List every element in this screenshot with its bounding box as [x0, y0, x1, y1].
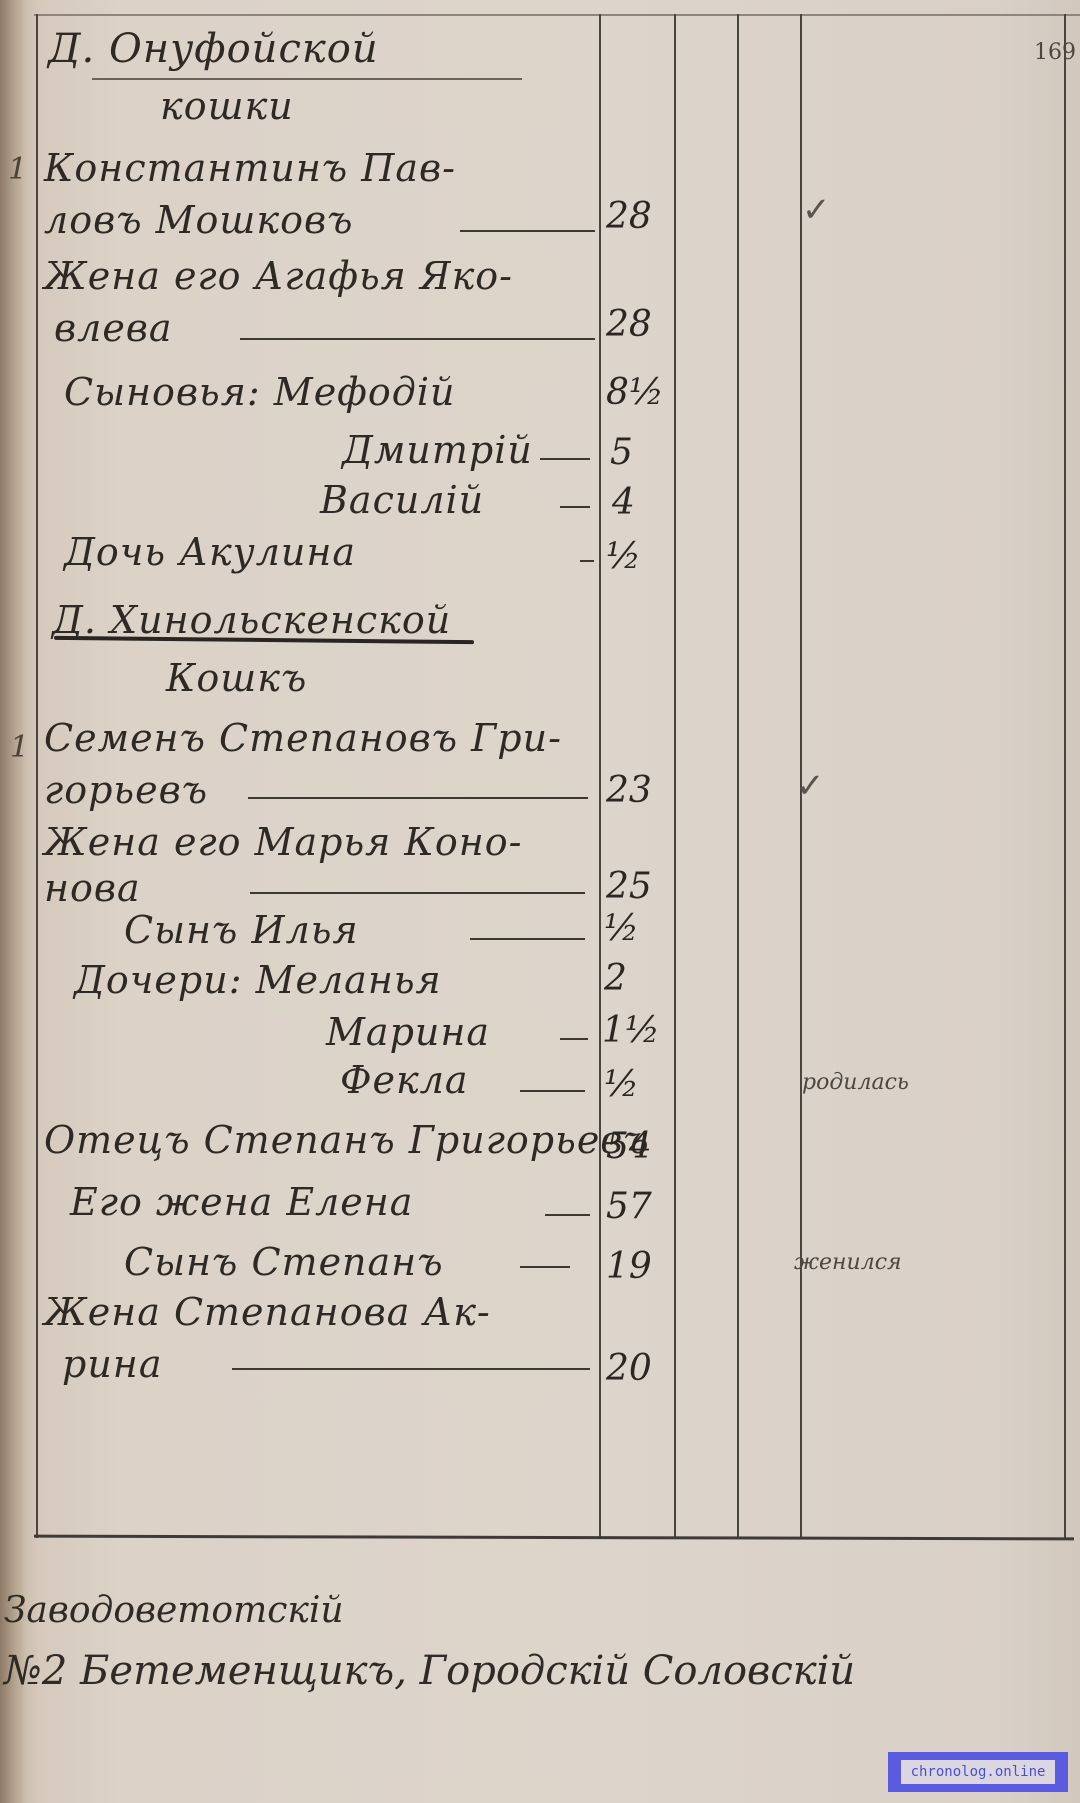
age-value: 25	[606, 866, 652, 907]
entry-name: Его жена Елена	[70, 1180, 413, 1224]
leader-dash	[520, 1090, 585, 1092]
village-subheading: Кошкъ	[166, 656, 307, 700]
book-spine-shadow	[0, 0, 26, 1803]
entry-name: Жена Степанова Ак-	[44, 1290, 491, 1334]
check-mark: ✓	[796, 766, 825, 806]
footer-signature: №2 Бетеменщикъ, Городскій Соловскій	[4, 1648, 855, 1694]
entry-name: Жена его Марья Коно-	[44, 820, 522, 864]
village-heading: Д. Онуфойской	[48, 26, 379, 72]
entry-name-cont: горьевъ	[44, 768, 208, 812]
age-value: ½	[604, 1064, 639, 1105]
entry-name: Дочери: Меланья	[74, 958, 442, 1002]
age-value: 57	[606, 1186, 652, 1227]
entry-name: Фекла	[340, 1058, 469, 1102]
village-subheading: кошки	[160, 84, 294, 128]
margin-note: родилась	[802, 1070, 909, 1095]
age-value: 5	[610, 432, 633, 473]
entry-name-cont: ловъ Мошковъ	[44, 198, 353, 242]
entry-name: Сынъ Степанъ	[124, 1240, 444, 1284]
age-value: ½	[604, 908, 639, 949]
age-value: ½	[606, 536, 641, 577]
entry-name: Семенъ Степановъ Гри-	[44, 716, 562, 760]
entry-name: Сыновья: Мефодій	[64, 370, 456, 414]
entry-name: Василій	[320, 478, 484, 522]
entry-name: Марина	[326, 1010, 490, 1054]
heading-underline	[92, 78, 522, 80]
leader-dash	[240, 338, 595, 340]
entry-name: Жена его Агафья Яко-	[44, 254, 513, 298]
age-value: 28	[606, 304, 652, 345]
age-value: 54	[606, 1126, 652, 1167]
top-rule	[34, 14, 1080, 16]
leader-dash	[545, 1214, 590, 1216]
household-number: 1	[8, 152, 27, 187]
leader-dash	[560, 1038, 588, 1040]
margin-note: женился	[794, 1250, 902, 1275]
age-column-divider	[674, 14, 676, 1538]
leader-dash	[460, 230, 595, 232]
name-column-divider	[599, 14, 601, 1538]
entry-name: Отецъ Степанъ Григорьевъ	[44, 1118, 650, 1162]
leader-dash	[580, 560, 594, 562]
leader-dash	[232, 1368, 590, 1370]
entry-name-cont: рина	[62, 1342, 162, 1386]
age-value: 8½	[606, 372, 664, 413]
left-margin-line	[36, 14, 38, 1538]
right-border-line	[1064, 14, 1066, 1538]
leader-dash	[250, 892, 585, 894]
village-heading: Д. Хинольскенской	[52, 598, 451, 642]
page-number: 169	[1034, 40, 1076, 65]
watermark-badge: chronolog.online	[888, 1752, 1068, 1792]
age-value: 28	[606, 196, 652, 237]
age-value: 1½	[602, 1010, 660, 1051]
leader-dash	[248, 797, 588, 799]
leader-dash	[540, 458, 590, 460]
column-divider-3	[737, 14, 739, 1538]
entry-name-cont: влева	[54, 306, 173, 350]
entry-name: Дочь Акулина	[64, 530, 356, 574]
entry-name: Сынъ Илья	[124, 908, 359, 952]
bottom-rule	[34, 1535, 1074, 1541]
age-value: 23	[606, 770, 652, 811]
entry-name-cont: нова	[44, 866, 141, 910]
age-value: 4	[612, 482, 635, 523]
age-value: 20	[606, 1348, 652, 1389]
age-value: 2	[604, 958, 627, 999]
age-value: 19	[606, 1246, 652, 1287]
footer-line-1: Заводоветотскій	[4, 1590, 344, 1631]
leader-dash	[470, 938, 585, 940]
watermark-text: chronolog.online	[901, 1760, 1056, 1784]
entry-name: Дмитрій	[342, 428, 533, 472]
entry-name: Константинъ Пав-	[44, 146, 456, 190]
check-mark: ✓	[802, 190, 831, 230]
household-number: 1	[10, 730, 29, 765]
leader-dash	[560, 506, 590, 508]
leader-dash	[520, 1266, 570, 1268]
